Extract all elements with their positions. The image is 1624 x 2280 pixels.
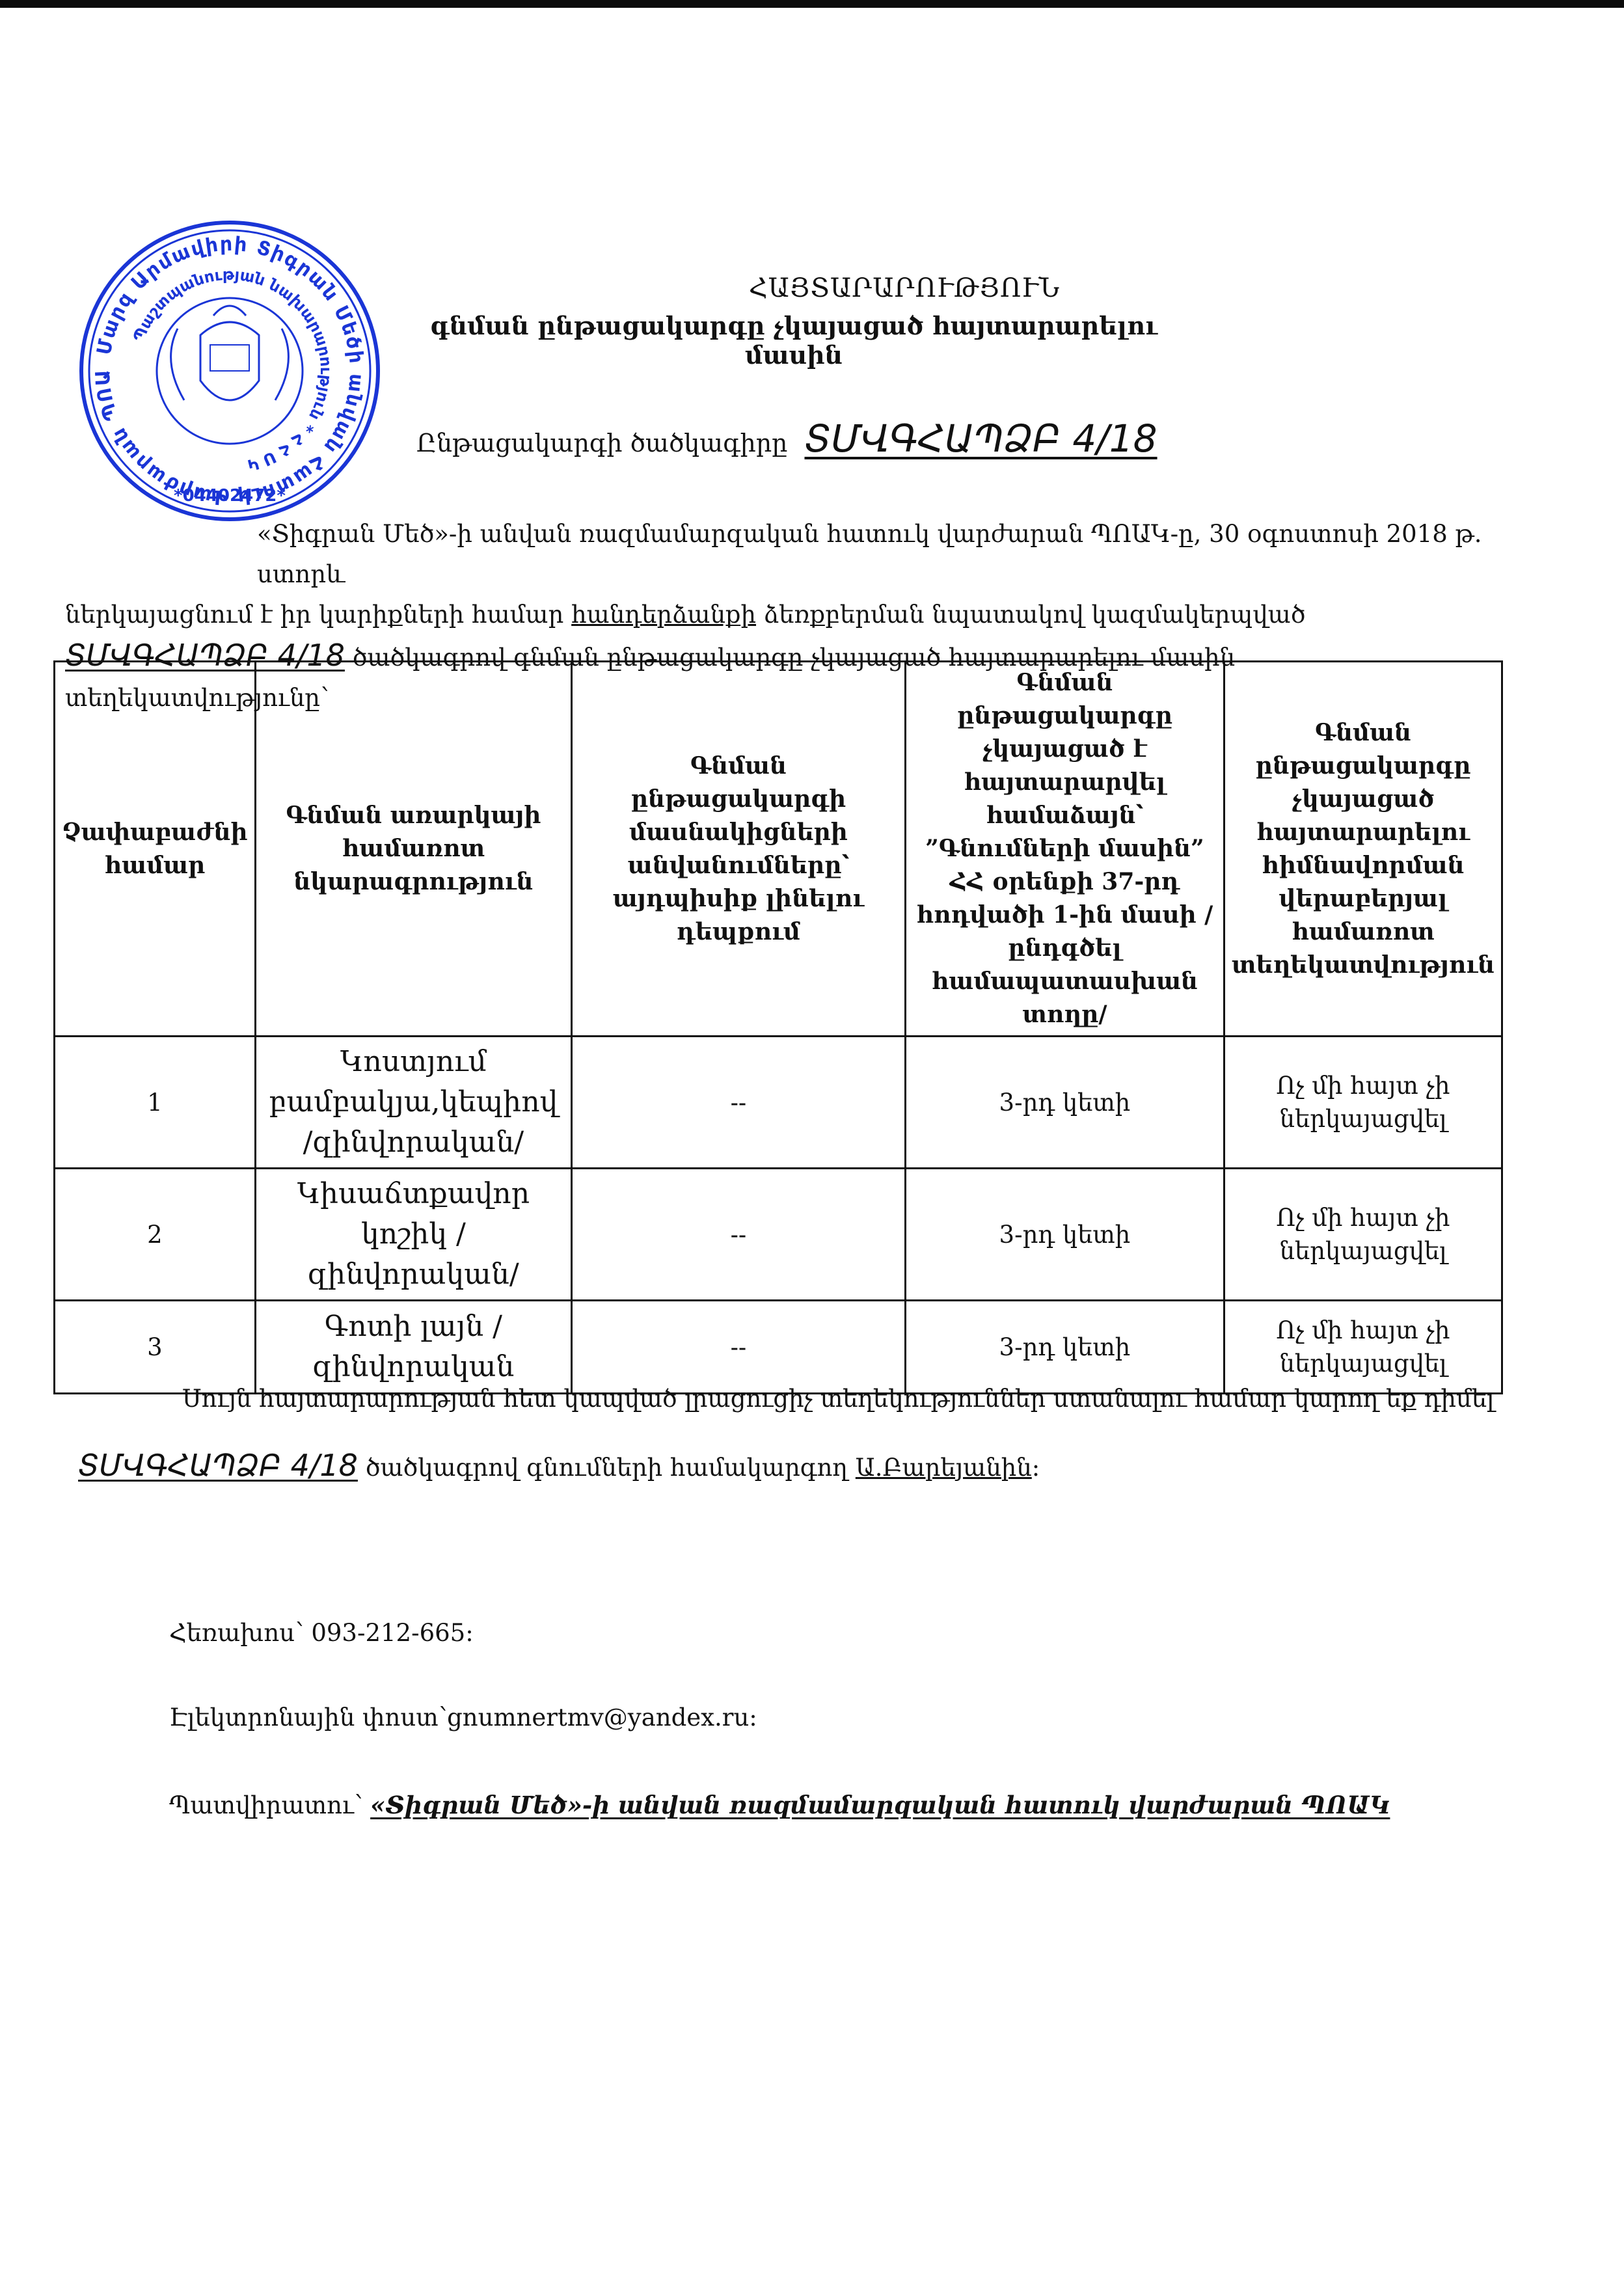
lot-number: 2 (55, 1169, 256, 1301)
contact-paragraph: Սույն հայտարարության հետ կապված լրացուցի… (65, 1379, 1529, 1418)
phone-number: 093-212-665: (311, 1619, 473, 1647)
email-line: Էլեկտրոնային փոստ՝gnumnertmv@yandex.ru: (169, 1703, 757, 1731)
customer-label: Պատվիրատու՝ (169, 1791, 370, 1819)
item-description: Կոստյում բամբակյա,կեպիով /զինվորական/ (255, 1037, 571, 1169)
contact-person: Ա.Բարեյանին (856, 1454, 1032, 1482)
official-seal-stamp: Մարզ Արմավիրի Տիգրան Մեծի անվան Հատուկ Վ… (77, 218, 383, 524)
reason: Ոչ մի հայտ չի ներկայացվել (1224, 1169, 1502, 1301)
header-legal-clause: Գնման ընթացակարգը չկայացած է հայտարարվել… (905, 662, 1224, 1037)
contact-text: ծածկագրով գնումների համակարգող (358, 1454, 856, 1482)
procedure-code-line: Ընթացակարգի ծածկագիրը ՏՄՎԳՀԱՊՁԲ 4/18 (416, 416, 1157, 461)
procedure-code-label: Ընթացակարգի ծածկագիրը (416, 429, 787, 457)
procedure-code: ՏՄՎԳՀԱՊՁԲ 4/18 (804, 416, 1157, 461)
intro-text: ներկայացնում է իր կարիքների համար (65, 601, 571, 629)
document-subtitle: գնման ընթացակարգը չկայացած հայտարարելու … (416, 311, 1171, 370)
table-header-row: Չափաբաժնի համար Գնման առարկայի համառոտ ն… (55, 662, 1502, 1037)
item-description: Կիսաճտքավոր կոշիկ /զինվորական/ (255, 1169, 571, 1301)
phone-line: Հեռախոս՝ 093-212-665: (169, 1619, 474, 1647)
lot-number: 1 (55, 1037, 256, 1169)
email-address[interactable]: gnumnertmv@yandex.ru: (447, 1703, 757, 1731)
procurement-lots-table: Չափաբաժնի համար Գնման առարկայի համառոտ ն… (53, 660, 1503, 1394)
phone-label: Հեռախոս՝ (169, 1619, 304, 1647)
document-title: ՀԱՅՏԱՐԱՐՈՒԹՅՈՒՆ (638, 273, 1171, 303)
customer-line: Պատվիրատու՝ «Տիգրան Մեծ»-ի անվան ռազմամա… (169, 1791, 1390, 1819)
header-item-description: Գնման առարկայի համառոտ նկարագրություն (255, 662, 571, 1037)
header-lot-number: Չափաբաժնի համար (55, 662, 256, 1037)
intro-text: ձեռքբերման նպատակով կազմակերպված (756, 601, 1305, 629)
goods-underlined: հանդերձանքի (571, 601, 756, 629)
participants: -- (571, 1169, 905, 1301)
header-participants: Գնման ընթացակարգի մասնակիցների անվանումն… (571, 662, 905, 1037)
legal-clause: 3-րդ կետի (905, 1037, 1224, 1169)
email-label: Էլեկտրոնային փոստ՝ (169, 1703, 447, 1731)
customer-organization: «Տիգրան Մեծ»-ի անվան ռազմամարզական հատու… (370, 1791, 1390, 1819)
contact-end: : (1032, 1454, 1040, 1482)
header-reason: Գնման ընթացակարգը չկայացած հայտարարելու … (1224, 662, 1502, 1037)
scan-border (0, 0, 1624, 8)
intro-line-1: «Տիգրան Մեծ»-ի անվան ռազմամարզական հատու… (65, 514, 1496, 595)
contact-line-2: ՏՄՎԳՀԱՊՁԲ 4/18 ծածկագրով գնումների համակ… (78, 1448, 1040, 1483)
legal-clause: 3-րդ կետի (905, 1169, 1224, 1301)
stamp-id-number: *04402472* (174, 486, 286, 506)
table-row: 1 Կոստյում բամբակյա,կեպիով /զինվորական/ … (55, 1037, 1502, 1169)
intro-line-2: ներկայացնում է իր կարիքների համար հանդեր… (65, 595, 1496, 635)
table-row: 2 Կիսաճտքավոր կոշիկ /զինվորական/ -- 3-րդ… (55, 1169, 1502, 1301)
procedure-code-footer: ՏՄՎԳՀԱՊՁԲ 4/18 (78, 1448, 358, 1483)
contact-line-1: Սույն հայտարարության հետ կապված լրացուցի… (65, 1379, 1529, 1418)
reason: Ոչ մի հայտ չի ներկայացվել (1224, 1037, 1502, 1169)
participants: -- (571, 1037, 905, 1169)
